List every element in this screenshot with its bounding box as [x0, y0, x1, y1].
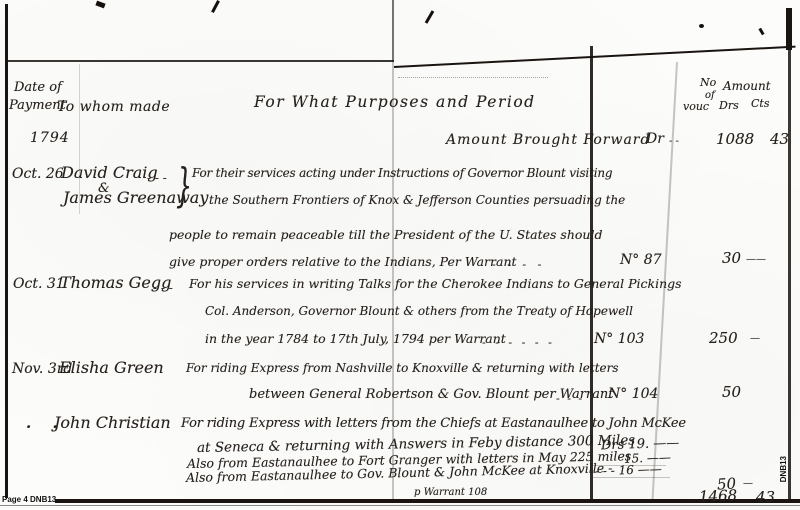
- amount-cts-dash: —: [750, 333, 760, 344]
- col-header-drs: Drs: [719, 99, 739, 112]
- scanned-ledger-page: Date of Payment To whom made For What Pu…: [0, 0, 800, 510]
- amount-cts-dash: —: [743, 478, 753, 489]
- col-header-cts: Cts: [751, 97, 769, 110]
- bottom-rule-thick: [55, 499, 800, 503]
- entry-description-line: give proper orders relative to the India…: [169, 254, 517, 269]
- entry-date: Oct. 26: [12, 166, 64, 182]
- entry-description-line: For riding Express with letters from the…: [181, 416, 686, 431]
- col-header-date-line1: Date of: [14, 80, 62, 95]
- col-header-purpose: For What Purposes and Period: [254, 93, 536, 111]
- center-crease-top: [392, 0, 394, 62]
- brought-forward-drs-value: 1088: [716, 130, 754, 148]
- warrant-note: p Warrant 108: [414, 487, 487, 498]
- top-rule-left: [5, 60, 394, 62]
- edge-stamp-label: DNB13: [779, 456, 788, 482]
- entry-description-line: people to remain peaceable till the Pres…: [169, 227, 602, 242]
- year-label: 1794: [30, 130, 70, 146]
- col-header-payee: To whom made: [57, 99, 170, 115]
- entry-description-line: in the year 1784 to 17th July, 1794 per …: [205, 331, 506, 346]
- right-border-blob: [786, 8, 792, 50]
- amount-drs-value: 250: [709, 329, 738, 347]
- warrant-number: N° 87: [620, 252, 662, 268]
- entry-payee: John Christian: [54, 413, 171, 432]
- right-border-line: [788, 8, 791, 502]
- entry-payee-dashes: - - -: [147, 171, 167, 185]
- grand-total-drs: 1468: [699, 486, 738, 505]
- col-header-voucher-no: No: [700, 76, 716, 89]
- entry-description-line: For riding Express from Nashville to Kno…: [186, 361, 619, 375]
- col-header-voucher-vouc: vouc: [683, 100, 709, 113]
- warrant-leader-dashes: - - - -: [556, 392, 595, 405]
- page-footer-label: Page 4 DNB13: [2, 495, 56, 504]
- grand-total-cts: 43: [756, 488, 775, 506]
- top-dotted-rule: [398, 77, 548, 78]
- brought-forward-dr: Dr: [646, 131, 664, 147]
- entry-payee: Elisha Green: [59, 358, 164, 377]
- left-border-line: [5, 4, 8, 498]
- entry-description-line: For his services in writing Talks for th…: [189, 276, 682, 291]
- entry-payee: David Craig: [61, 163, 158, 182]
- entry-description-line: the Southern Frontiers of Knox & Jeffers…: [209, 193, 625, 207]
- voucher-subamount: - - - 16 ——: [595, 462, 662, 478]
- warrant-number: N° 103: [594, 331, 644, 347]
- entry-date: Oct. 31: [13, 276, 65, 292]
- amount-drs-value: 30: [722, 249, 741, 267]
- brought-forward-label: Amount Brought Forward: [446, 132, 650, 148]
- entry-description-line: Col. Anderson, Governor Blount & others …: [205, 304, 633, 318]
- entry-payee-dashes: - - -: [153, 281, 173, 295]
- warrant-number: N° 104: [608, 386, 658, 402]
- bottom-rule-thin: [0, 505, 800, 506]
- warrant-leader-dashes: - - - - - -: [482, 336, 555, 349]
- payee-brace: }: [176, 158, 192, 212]
- top-rule-right: [394, 46, 796, 68]
- amount-drs-value: 50: [722, 383, 741, 401]
- brought-forward-dots: - -: [669, 136, 679, 147]
- warrant-leader-dashes: - - - -: [492, 258, 545, 271]
- col-header-amount: Amount: [723, 79, 771, 93]
- amount-cts-dash: ——: [746, 254, 766, 265]
- entry-description-line: For their services acting under Instruct…: [192, 166, 612, 180]
- brought-forward-cts-value: 43: [770, 130, 789, 148]
